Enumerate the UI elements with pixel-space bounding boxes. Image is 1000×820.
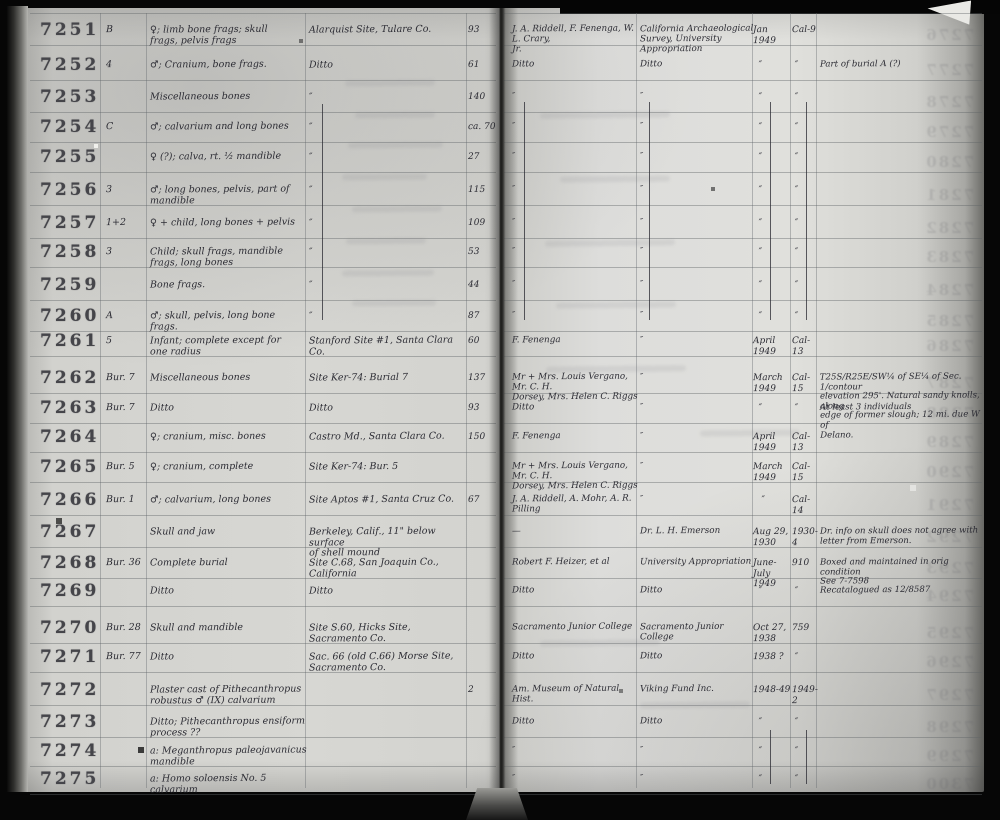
burial-number-cell: C	[106, 122, 150, 133]
source-cell: ″	[640, 746, 756, 757]
catalog-number: 7259	[40, 275, 99, 295]
catalog-number: 7271	[40, 647, 99, 667]
date-cell: Oct 27, 1938	[753, 623, 793, 644]
collector-cell: ″	[512, 92, 640, 103]
ruled-line-right	[504, 267, 982, 268]
description-cell: Ditto	[150, 651, 308, 663]
date-cell: Jan 1949	[753, 25, 793, 46]
ruled-line-right	[504, 606, 982, 607]
quantity-cell: 137	[468, 373, 485, 384]
collector-cell: ″	[512, 122, 640, 133]
locality-cell: Ditto	[309, 59, 471, 71]
locality-cell: Site Aptos #1, Santa Cruz Co.	[309, 494, 471, 506]
date-cell: ″	[753, 122, 793, 133]
ruled-line-right	[504, 547, 982, 548]
ghost-handwriting-smudge	[346, 238, 426, 245]
ghost-number: 7285	[922, 312, 974, 330]
accession-cell: ″	[792, 717, 818, 728]
locality-cell: Castro Md., Santa Clara Co.	[309, 431, 471, 443]
accession-cell: Cal-13	[792, 432, 818, 453]
ghost-handwriting-smudge	[352, 206, 442, 213]
ghost-handwriting-smudge	[355, 112, 435, 119]
accession-cell: ″	[792, 92, 818, 103]
ghost-number: 7299	[922, 747, 974, 765]
ghost-number: 7291	[922, 496, 974, 514]
source-cell: Ditto	[640, 652, 756, 663]
collector-cell: ″	[512, 311, 640, 322]
date-cell: April 1949	[753, 336, 793, 357]
description-cell: ♂; Cranium, bone frags.	[150, 59, 308, 71]
collector-cell: Am. Museum of Natural Hist.	[512, 685, 640, 705]
ghost-handwriting-smudge	[556, 301, 676, 308]
description-cell: ♀ (?); calva, rt. ½ mandible	[150, 151, 308, 163]
burial-number-cell: Bur. 5	[106, 462, 150, 473]
remarks-cell: Boxed and maintained in orig condition S…	[820, 557, 986, 587]
locality-cell: ″	[309, 310, 471, 322]
description-cell: Plaster cast of Pithecanthropus robustus…	[150, 684, 308, 706]
locality-cell: ″	[309, 217, 471, 229]
accession-cell: ″	[792, 60, 818, 71]
accession-cell: ″	[792, 403, 818, 414]
catalog-number: 7274	[40, 741, 99, 761]
source-cell: Dr. L. H. Emerson	[640, 527, 756, 538]
date-cell: Aug 29, 1930	[753, 527, 793, 548]
ghost-handwriting-smudge	[640, 701, 750, 708]
ghost-number: 7276	[922, 26, 974, 44]
catalog-number: 7255	[40, 147, 99, 167]
source-cell: ″	[640, 774, 756, 785]
accession-cell: ″	[792, 122, 818, 133]
ditto-connector-line	[524, 102, 525, 320]
quantity-cell: 87	[468, 311, 480, 322]
ghost-number: 7298	[922, 718, 974, 736]
collector-cell: Ditto	[512, 717, 640, 728]
source-cell: ″	[640, 185, 756, 196]
ghost-handwriting-smudge	[345, 80, 435, 87]
catalog-number: 7257	[40, 213, 99, 233]
ruled-line-right	[504, 452, 982, 453]
accession-cell: ″	[792, 746, 818, 757]
catalog-number: 7263	[40, 398, 99, 418]
date-cell: June-July 1949	[753, 558, 793, 590]
source-cell: ″	[640, 336, 756, 347]
date-cell: ″	[753, 746, 793, 757]
description-cell: ♀; cranium, misc. bones	[150, 431, 308, 443]
catalog-number: 7268	[40, 553, 99, 573]
burial-number-cell: B	[106, 25, 150, 36]
ghost-number: 7284	[922, 281, 974, 299]
catalog-number: 7275	[40, 769, 99, 789]
date-cell: ″	[753, 247, 793, 258]
description-cell: Ditto	[150, 402, 308, 414]
collector-cell: Mr + Mrs. Louis Vergano, Mr. C. H. Dorse…	[512, 373, 640, 403]
date-cell: ″	[753, 717, 793, 728]
locality-cell: Site S.60, Hicks Site, Sacramento Co.	[309, 622, 471, 644]
ledger-photo: 7276727772787279728072817282728372847285…	[0, 0, 1000, 820]
quantity-cell: 60	[468, 336, 480, 347]
collector-cell: Mr + Mrs. Louis Vergano, Mr. C. H. Dorse…	[512, 462, 640, 492]
quantity-cell: 27	[468, 152, 480, 163]
source-cell: ″	[640, 152, 756, 163]
locality-cell: Sac. 66 (old C.66) Morse Site, Sacrament…	[309, 651, 471, 673]
catalog-number: 7252	[40, 55, 99, 75]
catalog-number: 7253	[40, 87, 99, 107]
quantity-cell: 93	[468, 403, 480, 414]
catalog-number: 7261	[40, 331, 99, 351]
film-specks	[0, 0, 2, 2]
burial-number-cell: 3	[106, 185, 150, 196]
ghost-number: 7282	[922, 219, 974, 237]
catalog-number: 7270	[40, 618, 99, 638]
accession-cell: ″	[792, 185, 818, 196]
quantity-cell: 61	[468, 60, 480, 71]
collector-cell: Ditto	[512, 60, 640, 71]
source-cell: ″	[640, 92, 756, 103]
ghost-number: 7297	[922, 686, 974, 704]
date-cell: ″	[753, 280, 793, 291]
burial-number-cell: A	[106, 311, 150, 322]
ruled-line-right	[504, 331, 982, 332]
accession-cell: Cal-9	[792, 25, 818, 36]
accession-cell: Cal-13	[792, 336, 818, 357]
catalog-number: 7273	[40, 712, 99, 732]
description-cell: Ditto	[150, 585, 308, 597]
description-cell: ♀ + child, long bones + pelvis	[150, 217, 308, 229]
source-cell: Ditto	[640, 717, 756, 728]
accession-cell: Cal-14	[792, 495, 818, 516]
collector-cell: F. Fenenga	[512, 336, 640, 347]
column-rule	[100, 13, 101, 788]
date-cell: ″	[753, 218, 793, 229]
collector-cell: —	[512, 527, 640, 538]
description-cell: a: Meganthropus paleojavanicus mandible	[150, 745, 308, 767]
ditto-connector-line	[806, 730, 807, 784]
date-cell: ″	[753, 185, 793, 196]
ruled-line-right	[504, 672, 982, 673]
source-cell: ″	[640, 432, 756, 443]
catalog-number: 7258	[40, 242, 99, 262]
source-cell: California Archaeological Survey, Univer…	[640, 25, 756, 55]
locality-cell: Site C.68, San Joaquin Co., California	[309, 557, 471, 579]
description-cell: Complete burial	[150, 557, 308, 569]
ruled-line-right	[504, 300, 982, 301]
ghost-handwriting-smudge	[342, 270, 434, 277]
ghost-number: 7295	[922, 624, 974, 642]
quantity-cell: 2	[468, 685, 474, 696]
ruled-line-right	[504, 142, 982, 143]
source-cell: Ditto	[640, 60, 756, 71]
burial-number-cell: 4	[106, 60, 150, 71]
date-cell: April 1949	[753, 432, 793, 453]
description-cell: Miscellaneous bones	[150, 91, 308, 103]
date-cell: ″	[753, 60, 793, 71]
quantity-cell: 93	[468, 25, 480, 36]
accession-cell: Cal-15	[792, 373, 818, 394]
locality-cell: Alarquist Site, Tulare Co.	[309, 24, 471, 36]
collector-cell: ″	[512, 247, 640, 258]
catalog-number: 7251	[40, 20, 99, 40]
source-cell: Viking Fund Inc.	[640, 685, 756, 696]
ghost-handwriting-smudge	[352, 300, 436, 307]
catalog-number: 7264	[40, 427, 99, 447]
catalog-number: 7265	[40, 457, 99, 477]
ghost-number: 7296	[922, 653, 974, 671]
catalog-number: 7260	[40, 306, 99, 326]
date-cell: March 1949	[753, 373, 793, 394]
accession-cell: ″	[792, 774, 818, 785]
locality-cell: Ditto	[309, 402, 471, 414]
catalog-number: 7272	[40, 680, 99, 700]
collector-cell: Sacramento Junior College	[512, 623, 640, 634]
date-cell: ″	[753, 152, 793, 163]
accession-cell: Cal-15	[792, 462, 818, 483]
book-spine	[466, 788, 528, 820]
quantity-cell: 150	[468, 432, 485, 443]
accession-cell: 759	[792, 623, 818, 634]
description-cell: Skull and mandible	[150, 622, 308, 634]
locality-cell: ″	[309, 151, 471, 163]
source-cell: ″	[640, 247, 756, 258]
source-cell: ″	[640, 373, 756, 384]
source-cell: ″	[640, 122, 756, 133]
accession-cell: ″	[792, 280, 818, 291]
date-cell: ″	[753, 774, 793, 785]
source-cell: Ditto	[640, 586, 756, 597]
collector-cell: ″	[512, 152, 640, 163]
remarks-cell: Recatalogued as 12/8587	[820, 585, 986, 596]
collector-cell: Robert F. Heizer, et al	[512, 558, 640, 569]
ruled-line-right	[504, 737, 982, 738]
locality-cell: ″	[309, 91, 471, 103]
quantity-cell: 53	[468, 247, 480, 258]
ghost-number: 7281	[922, 186, 974, 204]
ghost-number: 7280	[922, 153, 974, 171]
ruled-line-right	[504, 766, 982, 767]
quantity-cell: 67	[468, 495, 480, 506]
photo-top-shadow	[560, 0, 1000, 14]
source-cell: ″	[640, 218, 756, 229]
date-cell: March 1949	[753, 462, 793, 483]
book-gutter	[489, 8, 517, 798]
locality-cell: ″	[309, 184, 471, 196]
collector-cell: Ditto	[512, 586, 640, 597]
accession-cell: 1949-2	[792, 685, 818, 706]
collector-cell: ″	[512, 280, 640, 291]
ghost-number: 7286	[922, 337, 974, 355]
burial-number-cell: Bur. 7	[106, 403, 150, 414]
ghost-handwriting-smudge	[348, 142, 443, 149]
source-cell: ″	[640, 462, 756, 473]
accession-cell: ″	[792, 218, 818, 229]
ghost-number: 7278	[922, 93, 974, 111]
ghost-number: 7290	[922, 463, 974, 481]
catalog-number: 7256	[40, 180, 99, 200]
source-cell: ″	[640, 311, 756, 322]
locality-cell: Berkeley, Calif., 11" below surface of s…	[309, 526, 471, 559]
remarks-cell: Part of burial A (?)	[820, 59, 986, 70]
description-cell: Child; skull frags, mandible frags, long…	[150, 246, 308, 268]
date-cell: ″	[753, 92, 793, 103]
catalog-number: 7266	[40, 490, 99, 510]
catalog-number: 7269	[40, 581, 99, 601]
locality-cell: Stanford Site #1, Santa Clara Co.	[309, 335, 471, 357]
burial-number-cell: Bur. 7	[106, 373, 150, 384]
description-cell: ♀; cranium, complete	[150, 461, 308, 473]
source-cell: ″	[640, 495, 756, 506]
ruled-line-right	[504, 172, 982, 173]
description-cell: ♀; limb bone frags; skull frags, pelvis …	[150, 24, 308, 46]
collector-cell: F. Fenenga	[512, 432, 640, 443]
description-cell: a: Homo soloensis No. 5 calvarium	[150, 773, 308, 795]
description-cell: Miscellaneous bones	[150, 372, 308, 384]
accession-cell: ″	[792, 652, 818, 663]
ditto-connector-line	[649, 102, 650, 320]
date-cell: 1938 ?	[753, 652, 793, 663]
burial-number-cell: Bur. 77	[106, 652, 150, 663]
ruled-line-right	[504, 238, 982, 239]
description-cell: ♂; long bones, pelvis, part of mandible	[150, 184, 308, 206]
locality-cell: ″	[309, 279, 471, 291]
date-cell: ″	[753, 403, 793, 414]
catalog-number: 7267	[40, 522, 99, 542]
source-cell: ″	[640, 403, 756, 414]
description-cell: ♂; calvarium, long bones	[150, 494, 308, 506]
description-cell: Infant; complete except for one radius	[150, 335, 308, 357]
catalog-number: 7254	[40, 117, 99, 137]
description-cell: Bone frags.	[150, 279, 308, 291]
accession-cell: 1930-4	[792, 527, 818, 548]
collector-cell: ″	[512, 218, 640, 229]
source-cell: Sacramento Junior College	[640, 623, 756, 643]
date-cell: ″	[753, 311, 793, 322]
collector-cell: ″	[512, 185, 640, 196]
date-cell: ″	[753, 495, 793, 506]
accession-cell: ″	[792, 586, 818, 597]
remarks-cell: At least 3 individuals	[820, 402, 986, 413]
book-left-edge	[6, 6, 28, 792]
quantity-cell: 140	[468, 92, 485, 103]
accession-cell: 910	[792, 558, 818, 569]
description-cell: ♂; calvarium and long bones	[150, 121, 308, 133]
burial-number-cell: Bur. 1	[106, 495, 150, 506]
source-cell: University Appropriation	[640, 558, 756, 569]
burial-number-cell: Bur. 36	[106, 558, 150, 569]
locality-cell: ″	[309, 246, 471, 258]
burial-number-cell: 5	[106, 336, 150, 347]
ditto-connector-line	[770, 730, 771, 784]
locality-cell: Site Ker-74: Burial 7	[309, 372, 471, 384]
locality-cell: Ditto	[309, 585, 471, 597]
burial-number-cell: 1+2	[106, 218, 150, 229]
ruled-line-right	[504, 794, 982, 795]
locality-cell: Site Ker-74: Bur. 5	[309, 461, 471, 473]
ditto-connector-line	[770, 102, 771, 320]
ditto-connector-line	[322, 104, 323, 320]
collector-cell: J. A. Riddell, F. Fenenga, W. L. Crary, …	[512, 25, 640, 55]
quantity-cell: 44	[468, 280, 480, 291]
date-cell: ″	[753, 586, 793, 597]
ruled-line-right	[504, 515, 982, 516]
ghost-number: 7300	[922, 775, 974, 793]
source-cell: ″	[640, 280, 756, 291]
burial-number-cell: Bur. 28	[106, 623, 150, 634]
date-cell: 1948-49	[753, 685, 793, 696]
catalog-number: 7262	[40, 368, 99, 388]
ruled-line-right	[504, 80, 982, 81]
ghost-number: 7283	[922, 248, 974, 266]
ghost-handwriting-smudge	[342, 174, 427, 181]
ruled-line-right	[504, 13, 982, 14]
accession-cell: ″	[792, 247, 818, 258]
collector-cell: ″	[512, 774, 640, 785]
description-cell: ♂; skull, pelvis, long bone frags.	[150, 310, 308, 332]
collector-cell: Ditto	[512, 403, 640, 414]
accession-cell: ″	[792, 152, 818, 163]
collector-cell: Ditto	[512, 652, 640, 663]
quantity-cell: 109	[468, 218, 485, 229]
ghost-handwriting-smudge	[560, 175, 670, 182]
accession-cell: ″	[792, 311, 818, 322]
burial-number-cell: 3	[106, 247, 150, 258]
quantity-cell: 115	[468, 185, 485, 196]
ditto-connector-line	[806, 102, 807, 320]
collector-cell: ″	[512, 746, 640, 757]
remarks-cell: Dr. info on skull does not agree with le…	[820, 526, 986, 546]
description-cell: Ditto; Pithecanthropus ensiform process …	[150, 716, 308, 738]
ruled-line-right	[504, 205, 982, 206]
ghost-number: 7279	[922, 123, 974, 141]
collector-cell: J. A. Riddell, A. Mohr, A. R. Pilling	[512, 495, 640, 515]
locality-cell: ″	[309, 121, 471, 133]
description-cell: Skull and jaw	[150, 526, 308, 538]
ruled-line-right	[504, 356, 982, 357]
